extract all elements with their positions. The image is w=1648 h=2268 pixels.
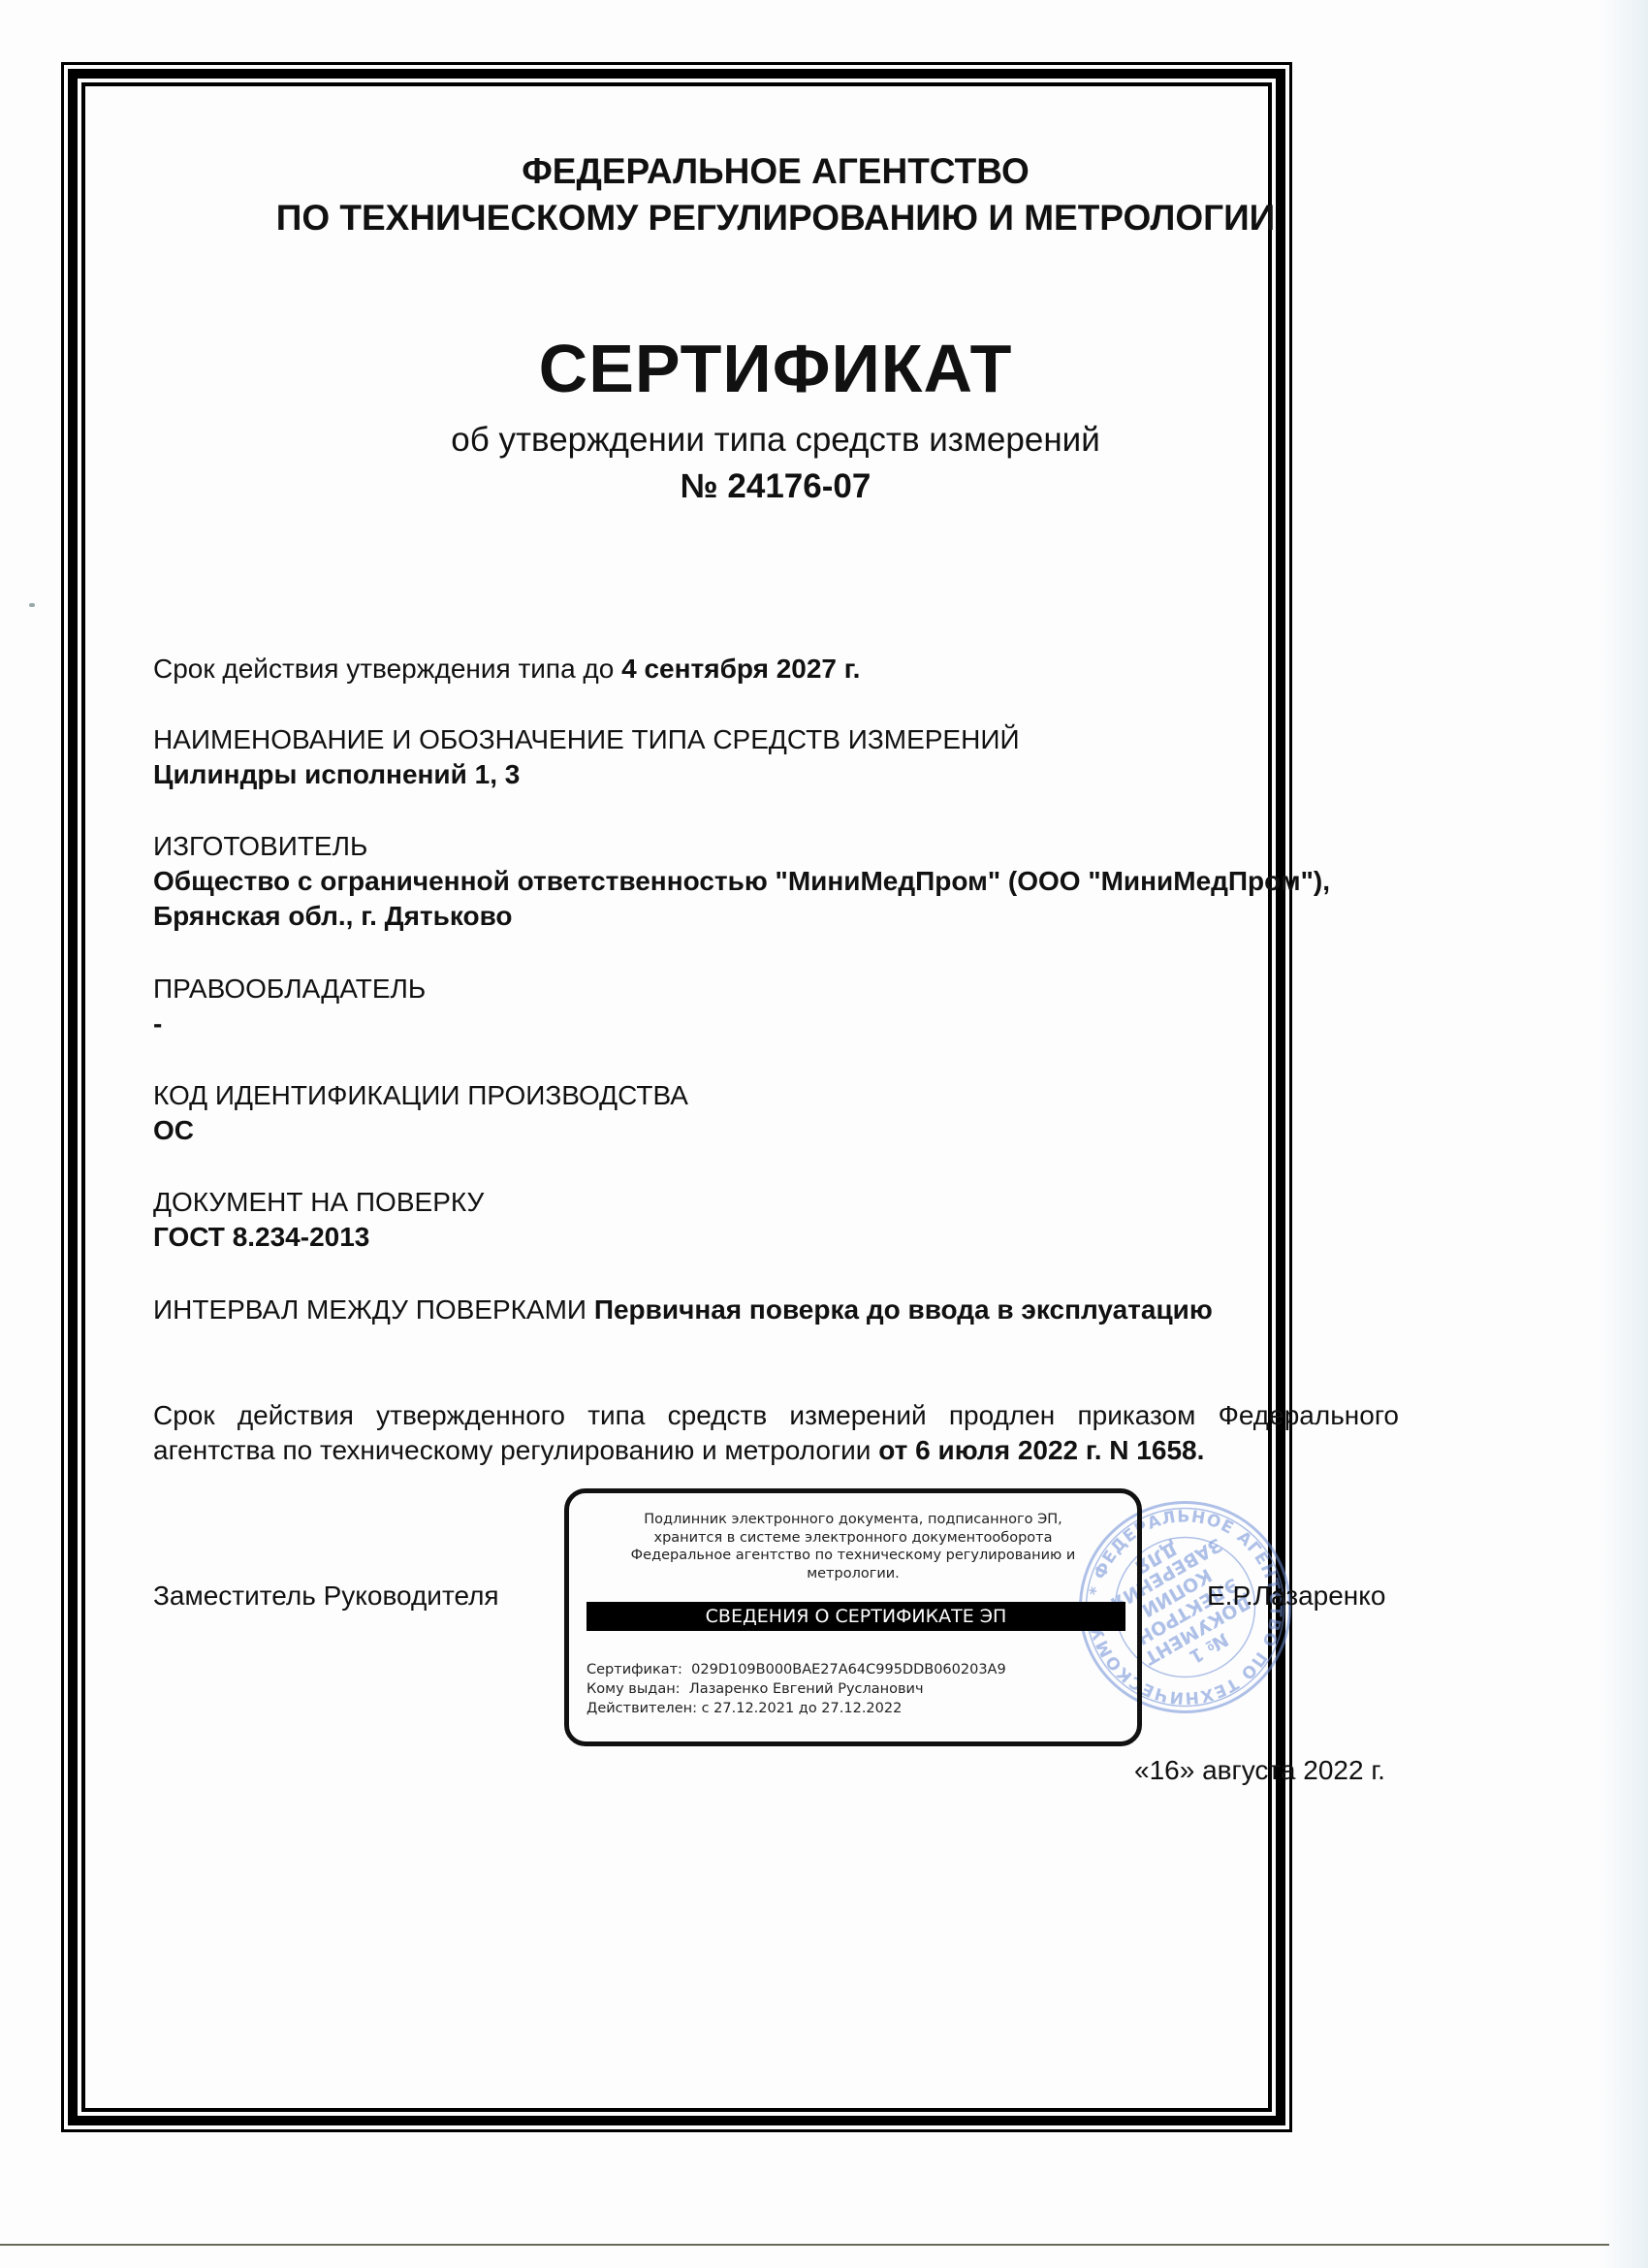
production-code-label: КОД ИДЕНТИФИКАЦИИ ПРОИЗВОДСТВА <box>153 1078 1404 1113</box>
valid-value: с 27.12.2021 до 27.12.2022 <box>702 1701 903 1716</box>
extension-order: от 6 июля 2022 г. N 1658. <box>878 1435 1204 1465</box>
scan-speck <box>29 603 35 607</box>
issued-value: Лазаренко Евгений Русланович <box>689 1681 924 1697</box>
extension-text: агентства по техническому регулированию … <box>153 1435 878 1465</box>
validity-line: Срок действия утверждения типа до 4 сент… <box>153 652 1404 687</box>
esignature-notice-line-3: Федеральное агентство по техническому ре… <box>569 1547 1137 1565</box>
signer-name: Е.Р.Лазаренко <box>1207 1579 1385 1613</box>
production-code-value: ОС <box>153 1113 1404 1148</box>
esignature-bar-title: СВЕДЕНИЯ О СЕРТИФИКАТЕ ЭП <box>586 1602 1125 1631</box>
validity-label: Срок действия утверждения типа до <box>153 654 621 684</box>
rightholder-section: ПРАВООБЛАДАТЕЛЬ - <box>153 972 1404 1041</box>
esignature-notice: Подлинник электронного документа, подпис… <box>569 1511 1137 1582</box>
agency-header: ФЕДЕРАЛЬНОЕ АГЕНТСТВО ПО ТЕХНИЧЕСКОМУ РЕ… <box>0 148 1551 241</box>
signing-date: «16» августа 2022 г. <box>1134 1753 1385 1788</box>
esignature-notice-line-2: хранится в системе электронного документ… <box>569 1529 1137 1548</box>
interval-label: ИНТЕРВАЛ МЕЖДУ ПОВЕРКАМИ <box>153 1294 594 1325</box>
interval-value: Первичная поверка до ввода в эксплуатаци… <box>594 1294 1213 1325</box>
signer-position: Заместитель Руководителя <box>153 1579 499 1613</box>
extension-line-1: Срок действия утвержденного типа средств… <box>153 1398 1399 1433</box>
verification-doc-label: ДОКУМЕНТ НА ПОВЕРКУ <box>153 1185 1404 1220</box>
validity-date: 4 сентября 2027 г. <box>621 654 860 684</box>
interval-line: ИНТЕРВАЛ МЕЖДУ ПОВЕРКАМИ Первичная повер… <box>153 1293 1404 1327</box>
rightholder-label: ПРАВООБЛАДАТЕЛЬ <box>153 972 1404 1006</box>
esignature-details: Сертификат: 029D109B000BAE27A64C995DDB06… <box>586 1660 1006 1718</box>
verification-doc-section: ДОКУМЕНТ НА ПОВЕРКУ ГОСТ 8.234-2013 <box>153 1185 1404 1255</box>
esignature-issued-row: Кому выдан: Лазаренко Евгений Русланович <box>586 1679 1006 1699</box>
cert-label: Сертификат: <box>586 1662 682 1677</box>
manufacturer-section: ИЗГОТОВИТЕЛЬ Общество с ограниченной отв… <box>153 829 1404 934</box>
rightholder-value: - <box>153 1006 1404 1041</box>
esignature-stamp: Подлинник электронного документа, подпис… <box>564 1488 1142 1746</box>
name-section: НАИМЕНОВАНИЕ И ОБОЗНАЧЕНИЕ ТИПА СРЕДСТВ … <box>153 722 1404 792</box>
name-value: Цилиндры исполнений 1, 3 <box>153 757 1404 792</box>
esignature-notice-line-1: Подлинник электронного документа, подпис… <box>569 1511 1137 1529</box>
cert-value: 029D109B000BAE27A64C995DDB060203A9 <box>691 1662 1006 1677</box>
issued-label: Кому выдан: <box>586 1681 681 1697</box>
esignature-notice-line-4: метрологии. <box>569 1565 1137 1583</box>
extension-paragraph: Срок действия утвержденного типа средств… <box>153 1398 1399 1468</box>
extension-line-2: агентства по техническому регулированию … <box>153 1433 1399 1468</box>
agency-line-1: ФЕДЕРАЛЬНОЕ АГЕНТСТВО <box>0 148 1551 195</box>
page-edge-shadow <box>1600 0 1648 2268</box>
agency-line-2: ПО ТЕХНИЧЕСКОМУ РЕГУЛИРОВАНИЮ И МЕТРОЛОГ… <box>0 195 1551 241</box>
manufacturer-label: ИЗГОТОВИТЕЛЬ <box>153 829 1404 864</box>
verification-doc-value: ГОСТ 8.234-2013 <box>153 1220 1404 1255</box>
esignature-cert-row: Сертификат: 029D109B000BAE27A64C995DDB06… <box>586 1660 1006 1679</box>
certificate-number: № 24176-07 <box>0 465 1551 508</box>
valid-label: Действителен: <box>586 1701 697 1716</box>
page-bottom-edge <box>0 2244 1609 2246</box>
certificate-subtitle: об утверждении типа средств измерений <box>0 419 1551 462</box>
production-code-section: КОД ИДЕНТИФИКАЦИИ ПРОИЗВОДСТВА ОС <box>153 1078 1404 1148</box>
name-label: НАИМЕНОВАНИЕ И ОБОЗНАЧЕНИЕ ТИПА СРЕДСТВ … <box>153 722 1404 757</box>
certificate-title: СЕРТИФИКАТ <box>0 330 1551 407</box>
esignature-valid-row: Действителен: с 27.12.2021 до 27.12.2022 <box>586 1699 1006 1718</box>
manufacturer-value-2: Брянская обл., г. Дятьково <box>153 899 1404 934</box>
manufacturer-value-1: Общество с ограниченной ответственностью… <box>153 864 1404 899</box>
